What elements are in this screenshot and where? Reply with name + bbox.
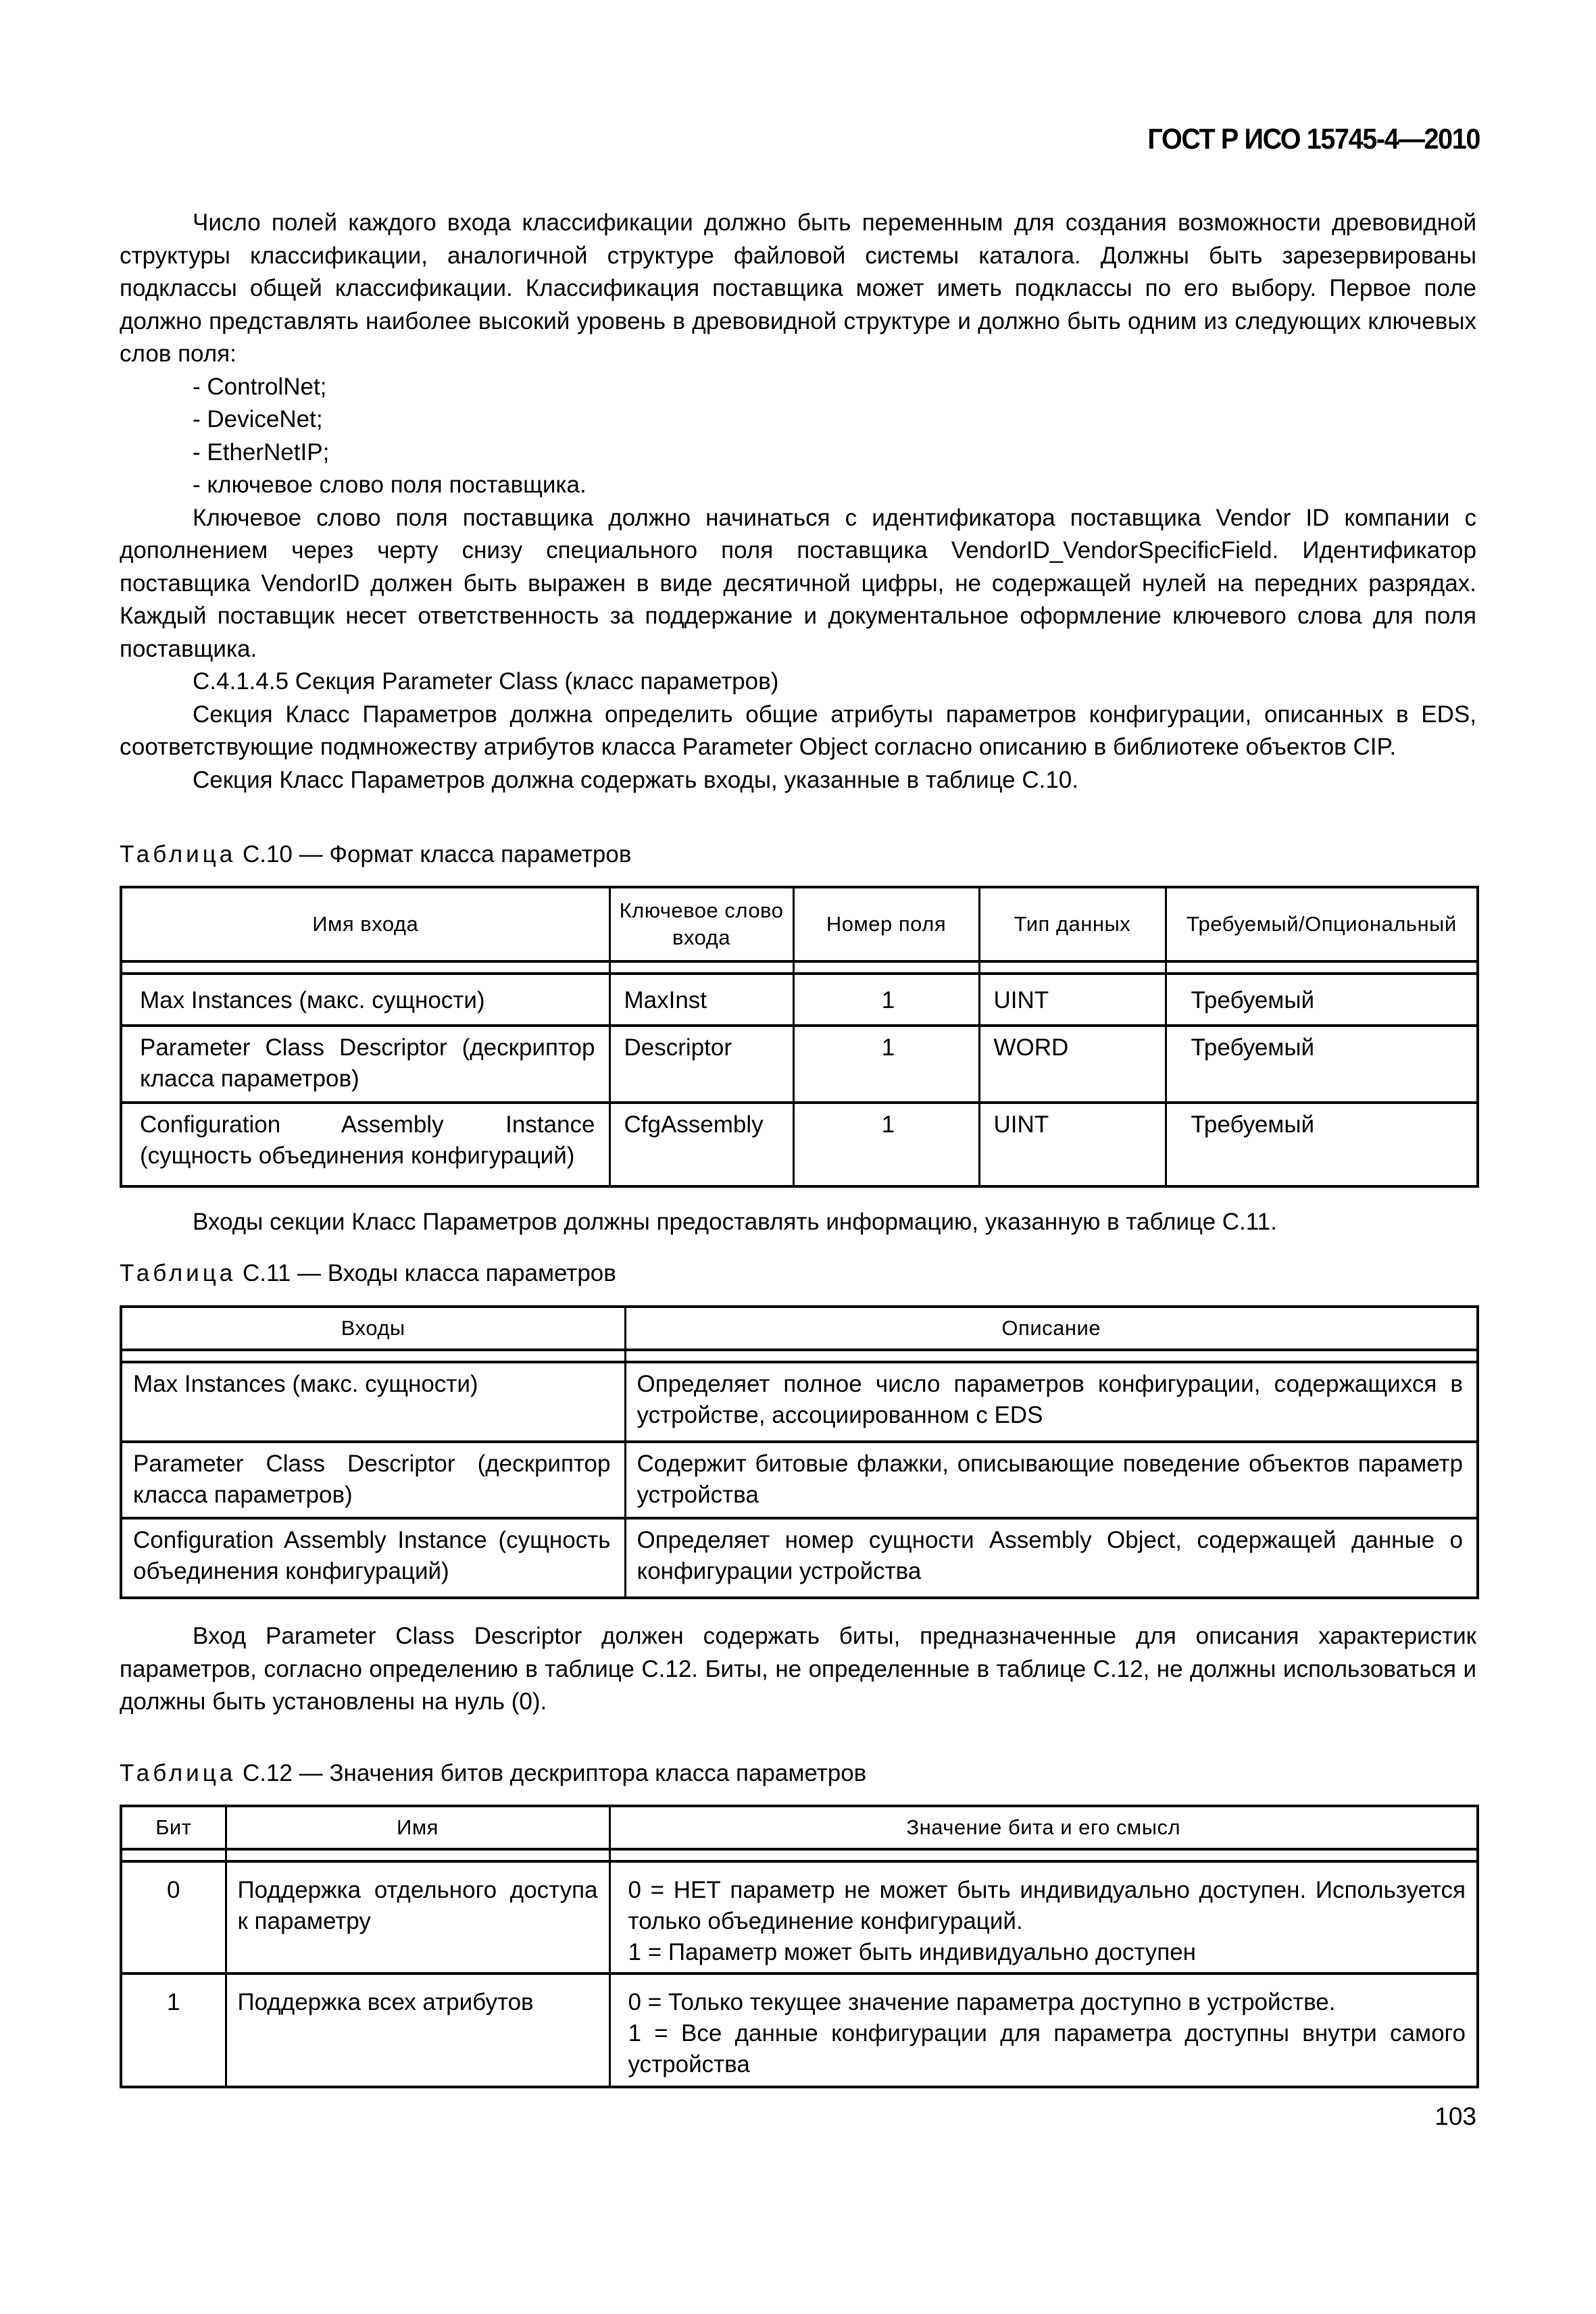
column-header: Имя — [226, 1806, 609, 1849]
cell-data-type: WORD — [979, 1026, 1166, 1103]
table-row: Max Instances (макс. сущности) Определяе… — [121, 1362, 1478, 1442]
cell-required: Требуемый — [1166, 974, 1478, 1026]
table-row: Parameter Class Descriptor (дескриптор к… — [121, 1026, 1478, 1103]
lower-text: Вход Parameter Class Descriptor должен с… — [120, 1620, 1476, 1719]
cell-keyword: MaxInst — [609, 974, 793, 1026]
cell-description: Содержит битовые флажки, описывающие пов… — [625, 1442, 1478, 1518]
cell-data-type: UINT — [979, 974, 1166, 1026]
cell-entry: Parameter Class Descriptor (дескриптор к… — [121, 1442, 625, 1518]
cell-entry-name: Parameter Class Descriptor (дескриптор к… — [121, 1026, 609, 1103]
caption-label: Таблица — [120, 841, 236, 867]
caption-label: Таблица — [120, 1260, 236, 1286]
column-header: Ключевое слово входа — [609, 887, 793, 961]
document-header-title: ГОСТ Р ИСО 15745-4—2010 — [1051, 123, 1480, 156]
caption-text: С.10 — Формат класса параметров — [243, 841, 631, 867]
cell-name: Поддержка всех атрибутов — [226, 1973, 609, 2087]
table-row: Configuration Assembly Instance (сущност… — [121, 1103, 1478, 1186]
table-row: Configuration Assembly Instance (сущност… — [121, 1518, 1478, 1598]
cell-description: Определяет номер сущности Assembly Objec… — [625, 1518, 1478, 1598]
cell-name: Поддержка отдельного доступа к параметру — [226, 1861, 609, 1973]
meaning-line: 1 = Все данные конфигурации для параметр… — [628, 2018, 1466, 2080]
table-row: 0 Поддержка отдельного доступа к парамет… — [121, 1861, 1478, 1973]
cell-meaning: 0 = НЕТ параметр не может быть индивидуа… — [609, 1861, 1478, 1973]
intro-text: Число полей каждого входа классификации … — [120, 207, 1476, 797]
caption-text: С.12 — Значения битов дескриптора класса… — [243, 1760, 866, 1786]
cell-meaning: 0 = Только текущее значение параметра до… — [609, 1973, 1478, 2087]
column-header: Входы — [121, 1307, 625, 1350]
cell-entry-name: Configuration Assembly Instance (сущност… — [121, 1103, 609, 1186]
cell-required: Требуемый — [1166, 1103, 1478, 1186]
column-header: Требуемый/Опциональный — [1166, 887, 1478, 961]
cell-description: Определяет полное число параметров конфи… — [625, 1362, 1478, 1442]
cell-data-type: UINT — [979, 1103, 1166, 1186]
table-c10: Имя входа Ключевое слово входа Номер пол… — [120, 886, 1479, 1188]
table-row: Parameter Class Descriptor (дескриптор к… — [121, 1442, 1478, 1518]
paragraph: Число полей каждого входа классификации … — [120, 207, 1476, 371]
table-c12: Бит Имя Значение бита и его смысл 0 Подд… — [120, 1805, 1479, 2088]
column-header: Номер поля — [793, 887, 979, 961]
list-item: - ControlNet; — [120, 371, 1476, 404]
page-number: 103 — [1419, 2103, 1476, 2131]
paragraph: Секция Класс Параметров должна содержать… — [120, 764, 1476, 797]
cell-entry-name: Max Instances (макс. сущности) — [121, 974, 609, 1026]
paragraph: Входы секции Класс Параметров должны пре… — [120, 1206, 1476, 1239]
cell-field-number: 1 — [793, 974, 979, 1026]
list-item: - ключевое слово поля поставщика. — [120, 469, 1476, 502]
meaning-line: 1 = Параметр может быть индивидуально до… — [628, 1937, 1466, 1968]
cell-entry: Max Instances (макс. сущности) — [121, 1362, 625, 1442]
table-row: 1 Поддержка всех атрибутов 0 = Только те… — [121, 1973, 1478, 2087]
table-c11: Входы Описание Max Instances (макс. сущн… — [120, 1305, 1479, 1599]
cell-required: Требуемый — [1166, 1026, 1478, 1103]
meaning-line: 0 = НЕТ параметр не может быть индивидуа… — [628, 1875, 1466, 1937]
section-heading: С.4.1.4.5 Секция Parameter Class (класс … — [120, 665, 1476, 699]
column-header: Описание — [625, 1307, 1478, 1350]
list-item: - DeviceNet; — [120, 403, 1476, 436]
paragraph: Секция Класс Параметров должна определит… — [120, 699, 1476, 764]
table-c12-caption: Таблица С.12 — Значения битов дескриптор… — [120, 1760, 866, 1787]
cell-keyword: Descriptor — [609, 1026, 793, 1103]
table-row: Max Instances (макс. сущности) MaxInst 1… — [121, 974, 1478, 1026]
mid-text: Входы секции Класс Параметров должны пре… — [120, 1206, 1476, 1239]
meaning-line: 0 = Только текущее значение параметра до… — [628, 1987, 1466, 2018]
caption-text: С.11 — Входы класса параметров — [243, 1260, 616, 1286]
caption-label: Таблица — [120, 1760, 236, 1786]
column-header: Имя входа — [121, 887, 609, 961]
cell-bit: 1 — [121, 1973, 226, 2087]
table-c10-caption: Таблица С.10 — Формат класса параметров — [120, 841, 631, 868]
cell-field-number: 1 — [793, 1103, 979, 1186]
cell-keyword: CfgAssembly — [609, 1103, 793, 1186]
list-item: - EtherNetIP; — [120, 436, 1476, 470]
cell-entry: Configuration Assembly Instance (сущност… — [121, 1518, 625, 1598]
column-header: Бит — [121, 1806, 226, 1849]
cell-bit: 0 — [121, 1861, 226, 1973]
paragraph: Вход Parameter Class Descriptor должен с… — [120, 1620, 1476, 1719]
cell-field-number: 1 — [793, 1026, 979, 1103]
paragraph: Ключевое слово поля поставщика должно на… — [120, 502, 1476, 666]
table-c11-caption: Таблица С.11 — Входы класса параметров — [120, 1260, 616, 1287]
column-header: Тип данных — [979, 887, 1166, 961]
column-header: Значение бита и его смысл — [609, 1806, 1478, 1849]
